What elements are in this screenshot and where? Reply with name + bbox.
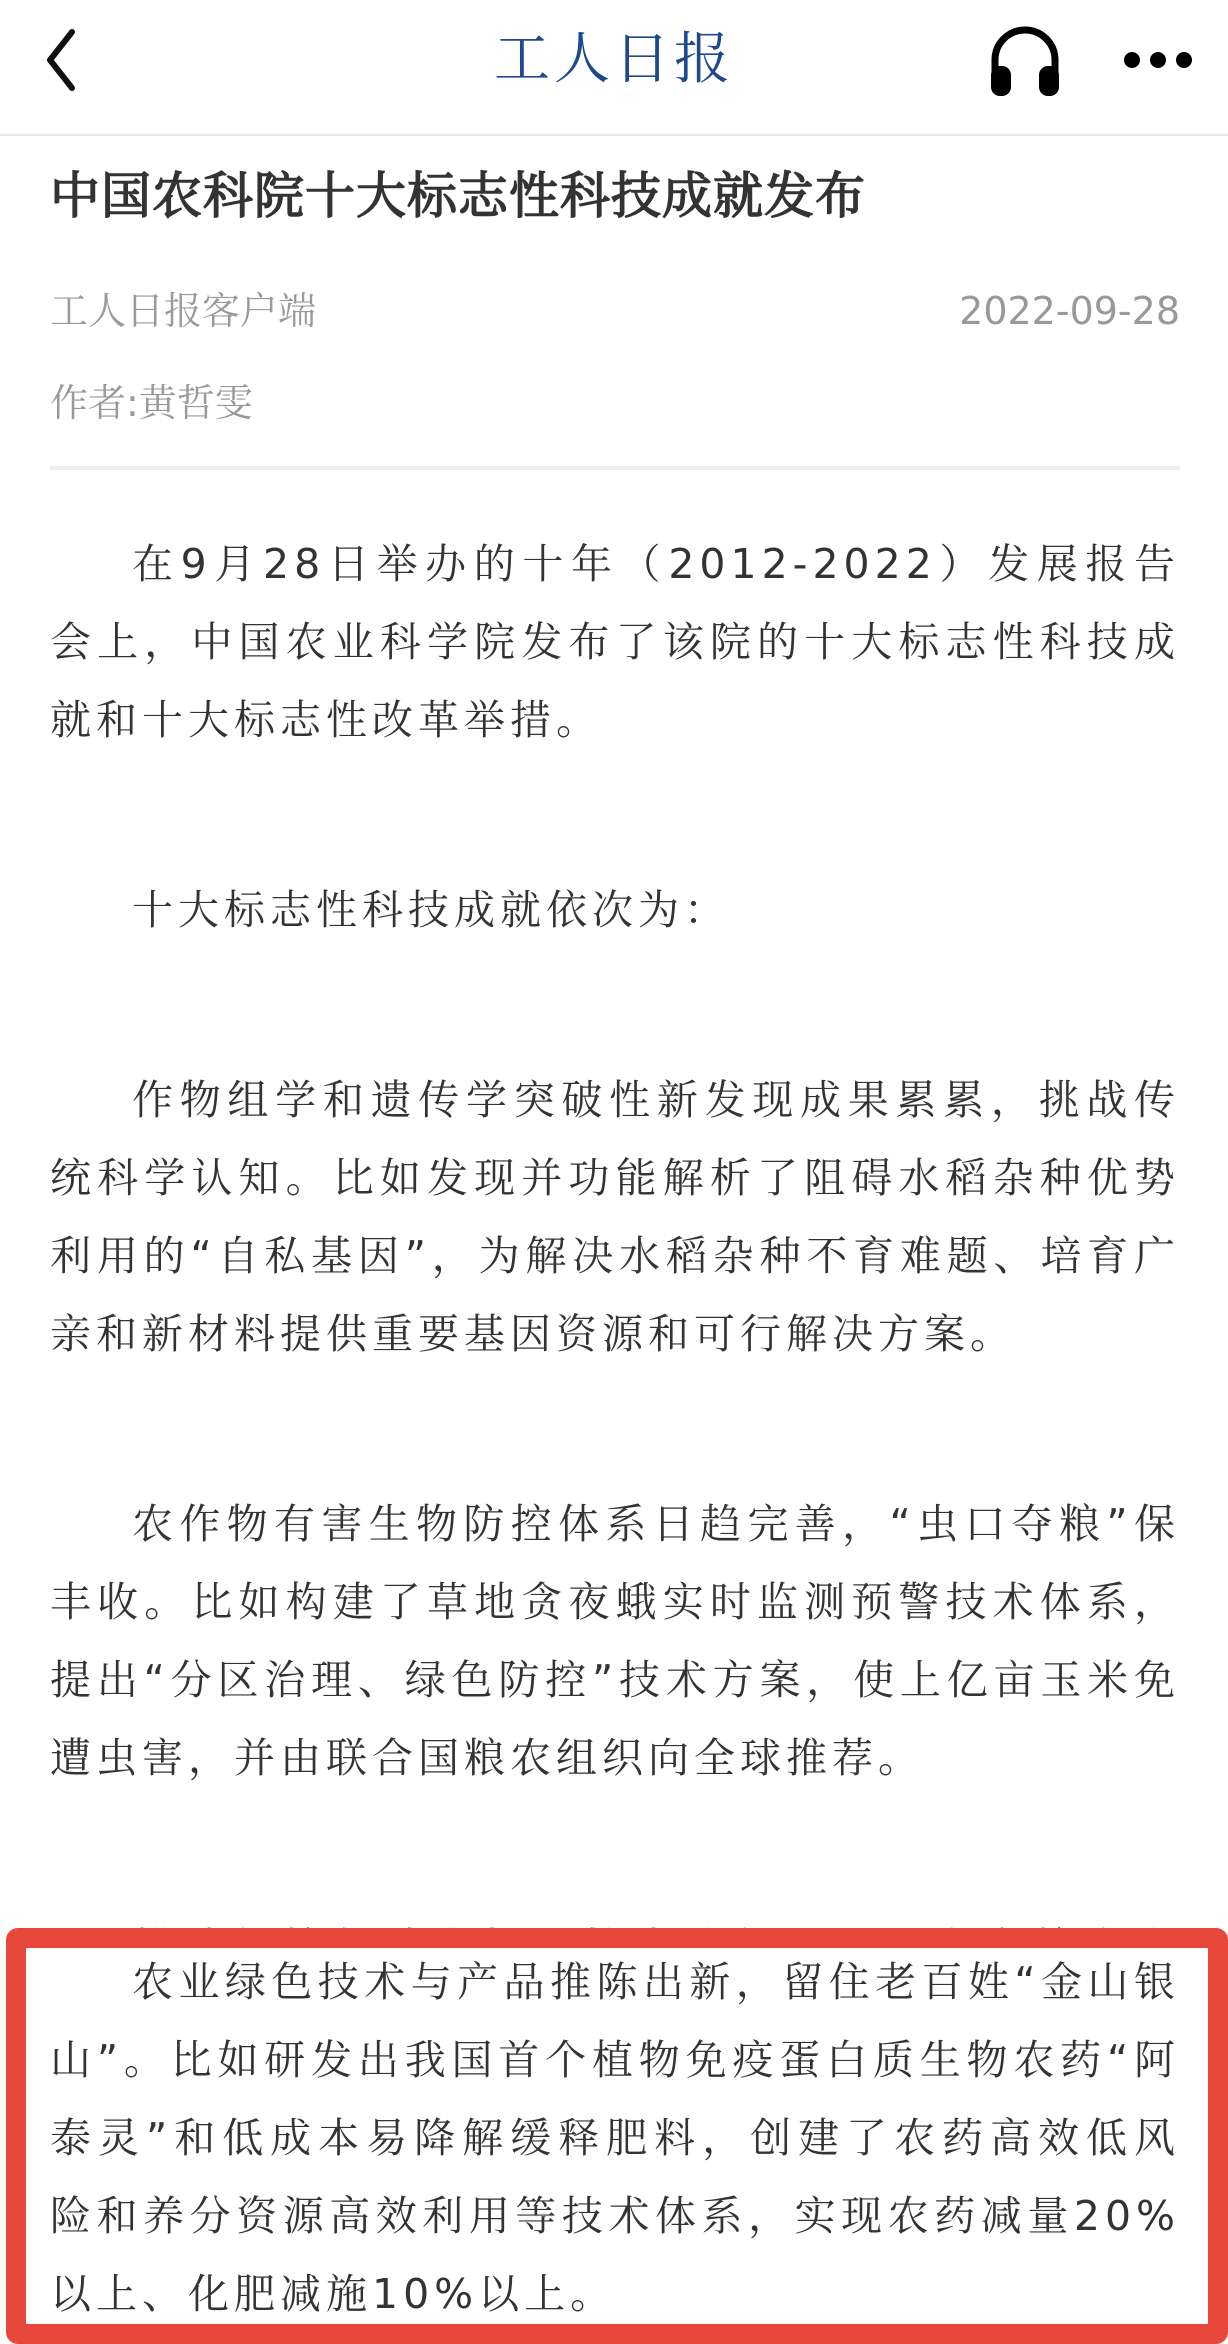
- article-paragraph: 在9月28日举办的十年（2012-2022）发展报告会上，中国农业科学院发布了该…: [50, 525, 1180, 759]
- article-title: 中国农科院十大标志性科技成就发布: [50, 160, 1180, 232]
- listen-audio-button[interactable]: [985, 22, 1065, 98]
- highlighted-paragraph: 农业绿色技术与产品推陈出新，留住老百姓“金山银山”。比如研发出我国首个植物免疫蛋…: [50, 1943, 1180, 2333]
- article-date: 2022-09-28: [959, 286, 1180, 336]
- article-paragraph: 作物组学和遗传学突破性新发现成果累累，挑战传统科学认知。比如发现并功能解析了阻碍…: [50, 1061, 1180, 1373]
- meta-divider: [50, 466, 1180, 470]
- article-author: 作者:黄哲雯: [50, 378, 1180, 428]
- headphones-icon: [985, 22, 1065, 98]
- ellipsis-icon: [1118, 42, 1204, 78]
- article-meta-row: 工人日报客户端 2022-09-28: [50, 286, 1180, 336]
- more-options-button[interactable]: [1118, 42, 1204, 78]
- article-paragraph: 十大标志性科技成就依次为：: [50, 871, 1180, 949]
- top-nav-bar: 工人日报: [0, 0, 1228, 136]
- article-source: 工人日报客户端: [50, 289, 316, 333]
- article-paragraph: 农作物有害生物防控体系日趋完善，“虫口夺粮”保丰收。比如构建了草地贪夜蛾实时监测…: [50, 1485, 1180, 1797]
